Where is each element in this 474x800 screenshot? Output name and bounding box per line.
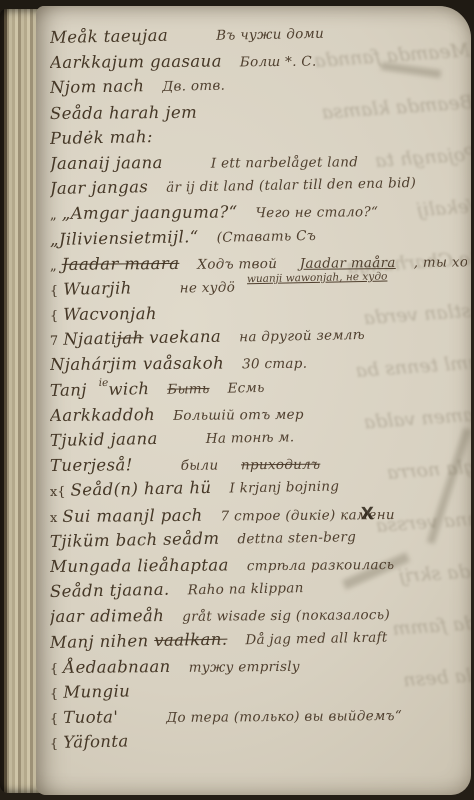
handwritten-word: „Amgar jaanguma?“ bbox=[62, 203, 238, 224]
handwritten-word: Mungiu bbox=[63, 681, 130, 701]
margin-mark: { bbox=[50, 712, 58, 727]
handwritten-word: Mungada lieåhaptaa bbox=[50, 555, 229, 576]
gloss-annotation: I ett narbelåget land bbox=[211, 154, 358, 171]
margin-mark: { bbox=[50, 687, 58, 702]
handwritten-word: Njahárjim vaåsakoh bbox=[50, 354, 224, 375]
handwritten-word: vaalkan. bbox=[154, 629, 228, 649]
gloss-annotation: Быть bbox=[167, 381, 210, 398]
gloss-annotation: Ходъ твой bbox=[197, 256, 281, 273]
margin-mark: { bbox=[50, 284, 58, 299]
gloss-annotation: стрѣла разкоилась bbox=[247, 557, 395, 574]
gloss-annotation: gråt wisade sig (показалось) bbox=[182, 607, 390, 625]
handwritten-word: Pudėk mah: bbox=[50, 127, 153, 148]
gloss-annotation: Raho na klippan bbox=[187, 580, 303, 598]
handwritten-word: Tuerjeså! bbox=[50, 455, 133, 475]
handwritten-word: Meåk taeujaa bbox=[50, 28, 168, 47]
handwritten-word: Seåda harah jem bbox=[50, 102, 197, 122]
gloss-annotation: Болш *. С. bbox=[240, 54, 317, 71]
gloss-annotation: 30 стар. bbox=[242, 356, 307, 373]
handwritten-word: jah bbox=[117, 328, 144, 348]
notebook-photo: Meamda fanndaBeamda klamsaPojangh taVeka… bbox=[0, 0, 474, 800]
interlinear-annotation: ie bbox=[99, 377, 109, 389]
handwritten-word: Seåd(n) hara hü bbox=[70, 478, 211, 500]
gloss-annotation: Есмь bbox=[227, 380, 264, 397]
handwritten-word: Njom nach bbox=[50, 77, 144, 98]
gloss-annotation: är ij dit land (talar till den ena bid) bbox=[166, 175, 416, 196]
gloss-annotation: приходилъ bbox=[241, 457, 320, 474]
interlinear-annotation: wuanji wawonjah, не худо bbox=[247, 270, 388, 285]
handwritten-word: vaekana bbox=[143, 327, 221, 347]
gloss-annotation: I krjanj bojning bbox=[229, 479, 339, 497]
margin-mark: { bbox=[50, 737, 58, 752]
gloss-annotation: , ты ходишь bbox=[414, 254, 467, 271]
gloss-annotation: Då jag med all kraft bbox=[245, 629, 387, 648]
margin-mark: { bbox=[50, 309, 58, 324]
handwritten-word: Sui maanjl pach bbox=[62, 505, 202, 525]
handwritten-word: Manj nihen bbox=[50, 631, 154, 652]
handwritten-word: „Jiliviensietmijl.“ bbox=[50, 227, 199, 249]
margin-mark: 7 bbox=[50, 334, 58, 349]
gloss-annotation: были bbox=[181, 458, 223, 474]
gloss-annotation: Jaadar maåra bbox=[300, 255, 396, 272]
handwritten-word: Njaati bbox=[63, 329, 117, 349]
handwritten-word: Jaadar maara bbox=[62, 254, 180, 274]
handwritten-word: Yäfonta bbox=[63, 732, 129, 752]
gloss-annotation: (Ставать Съ bbox=[217, 227, 317, 245]
handwritten-word: Jaar jangas bbox=[50, 177, 148, 198]
gloss-annotation: На тонѣ м. bbox=[206, 429, 295, 447]
margin-mark: x bbox=[50, 510, 57, 525]
ink-blot-cross: X bbox=[361, 504, 374, 524]
gloss-annotation: dettna sten-berg bbox=[237, 529, 356, 547]
handwritten-word: Tjukid jaana bbox=[50, 429, 158, 450]
handwritten-word: Jaanaij jaana bbox=[50, 153, 163, 173]
handwritten-word: jaar adimeåh bbox=[50, 606, 164, 626]
gloss-annotation: Большій отъ мер bbox=[173, 407, 304, 424]
handwritten-word: Tanj bbox=[50, 380, 87, 400]
margin-mark: x{ bbox=[50, 485, 66, 500]
gloss-annotation: Въ чужи доми bbox=[216, 28, 324, 44]
manuscript-page: Meamda fanndaBeamda klamsaPojangh taVeka… bbox=[36, 6, 471, 795]
gloss-annotation: не худӧ bbox=[180, 279, 236, 296]
margin-mark: „ bbox=[50, 208, 57, 223]
margin-mark: „ bbox=[50, 259, 57, 274]
handwritten-word: Tuota' bbox=[63, 707, 118, 726]
gloss-annotation: Чего не стало?“ bbox=[255, 204, 378, 221]
margin-mark: { bbox=[50, 662, 58, 677]
gloss-annotation: Дв. отв. bbox=[162, 78, 225, 95]
handwritten-word: Tjiküm bach seådm bbox=[50, 528, 220, 550]
handwritten-word: Wuarjih bbox=[63, 278, 132, 298]
handwritten-word: Aarkkaddoh bbox=[50, 405, 155, 425]
handwritten-word: Åedaabnaan bbox=[63, 657, 171, 677]
handwritten-word: Aarkkajum gaasaua bbox=[50, 52, 222, 72]
handwritten-word: wich bbox=[108, 379, 149, 399]
handwritten-content: Meåk taeujaaВъ чужи домиAarkkajum gaasau… bbox=[50, 28, 467, 793]
handwritten-word: Seådn tjaana. bbox=[50, 580, 170, 601]
gloss-annotation: тужу emprisly bbox=[189, 659, 300, 676]
handwritten-word: Wacvonjah bbox=[63, 304, 157, 324]
gloss-annotation: на другой землѣ bbox=[239, 327, 365, 345]
gloss-annotation: До тера (только) вы выйдемъ“ bbox=[166, 708, 402, 726]
